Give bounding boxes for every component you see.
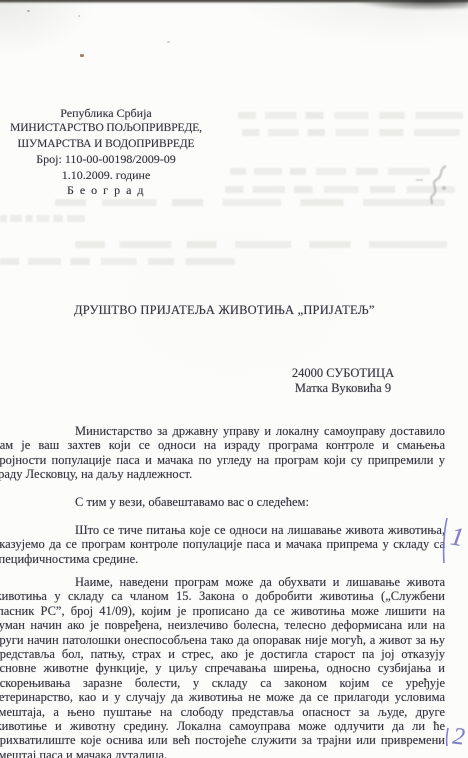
letterhead-ministry-line1: МИНИСТАРСТВО ПОЉОПРИВРЕДЕ,: [0, 121, 212, 136]
body-line: С тим у вези, обавештавамо вас о следеће…: [0, 495, 445, 509]
addressee-postal-city: 24000 СУБОТИЦА: [278, 366, 408, 381]
body-line: други начин патолошки онеспособљена тако…: [0, 633, 445, 647]
body-line: нам је ваш захтев који се односи на изра…: [0, 438, 445, 452]
paper-speck: [167, 41, 170, 43]
body-line: бројности популације паса и мачака по уг…: [0, 453, 445, 467]
addressee-name: ДРУШТВО ПРИЈАТЕЉА ЖИВОТИЊА „ПРИЈАТЕЉ”: [74, 303, 375, 318]
body-line: смештаја, а њено пуштање на слободу пред…: [0, 705, 445, 719]
body-line: искорењивања заразне болести, у складу с…: [0, 676, 445, 690]
body-line: Што се тиче питања које се односи на лиш…: [0, 523, 445, 537]
pen-mark-2: 2: [442, 716, 468, 752]
svg-text:2: 2: [451, 724, 466, 751]
bleedthrough-line: [238, 112, 463, 119]
body-line: ветеринарство, као и у случају да животи…: [0, 690, 445, 704]
body-line: основне животне функције, у циљу спречав…: [0, 661, 445, 675]
paragraph-statement: Што се тиче питања које се односи на лиш…: [0, 523, 445, 566]
letterhead-city: Б е о г р а д: [0, 183, 212, 198]
body-line: хуман начин ако је повређена, неизлечиво…: [0, 618, 445, 632]
pencil-smudge: [414, 160, 458, 208]
addressee-street: Матка Вуковића 9: [278, 381, 408, 396]
body-line: представља бол, патњу, страх и стрес, ак…: [0, 647, 445, 661]
bleedthrough-line: [75, 241, 447, 248]
paper-speck: [27, 10, 30, 12]
paragraph-salutation: С тим у вези, обавештавамо вас о следеће…: [0, 495, 445, 509]
pen-mark-1: 1: [438, 515, 468, 567]
paragraph-law-details: Наиме, наведени програм може да обухвати…: [0, 575, 445, 758]
scanned-letter-page: Република Србија МИНИСТАРСТВО ПОЉОПРИВРЕ…: [0, 0, 468, 758]
body-line: животиње и животну средину. Локална само…: [0, 719, 445, 733]
paper-speck: [78, 15, 80, 17]
bleedthrough-line: [230, 168, 430, 175]
bleedthrough-line: [242, 129, 460, 136]
letterhead: Република Србија МИНИСТАРСТВО ПОЉОПРИВРЕ…: [0, 106, 212, 198]
addressee-address: 24000 СУБОТИЦА Матка Вуковића 9: [278, 366, 408, 395]
letterhead-country: Република Србија: [0, 106, 212, 121]
body-line: Министарство за државну управу и локалну…: [0, 424, 445, 438]
body-line: специфичностима средине.: [0, 552, 445, 566]
body-line: граду Лесковцу, на даљу надлежност.: [0, 467, 445, 481]
body-line: прихватилиште које оснива или већ постој…: [0, 733, 445, 747]
bleedthrough-line: [0, 258, 235, 265]
letterhead-ministry-line2: ШУМАРСТВА И ВОДОПРИВРЕДЕ: [0, 137, 212, 152]
letterhead-date: 1.10.2009. године: [0, 168, 212, 183]
body-line: гласник РС”, број 41/09), којим је пропи…: [0, 604, 445, 618]
paragraph-intro: Министарство за државну управу и локалну…: [0, 424, 445, 482]
body-line: животиња у складу са чланом 15. Закона о…: [0, 589, 445, 603]
svg-text:1: 1: [449, 521, 466, 552]
scan-shadow-top-right: [358, 0, 468, 10]
bleedthrough-line: [0, 215, 85, 222]
body-line: указујемо да се програм контроле популац…: [0, 537, 445, 551]
body-line: смештај паса и мачака луталица.: [0, 748, 445, 758]
bleedthrough-line: [55, 199, 445, 206]
letterhead-number: Број: 110-00-00198/2009-09: [0, 152, 212, 167]
paper-speck: [80, 54, 84, 57]
body-line: Наиме, наведени програм може да обухвати…: [0, 575, 445, 589]
